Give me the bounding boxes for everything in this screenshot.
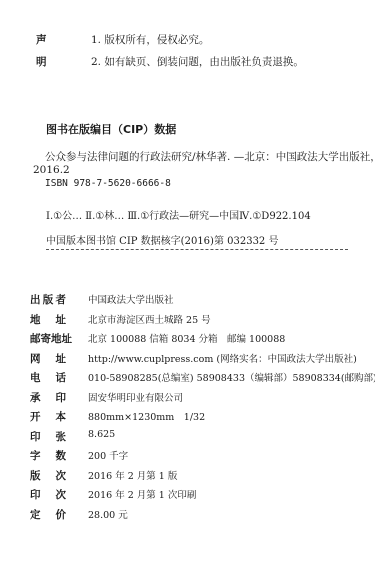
label-char: 网: [30, 351, 41, 366]
label-char: 电: [30, 370, 41, 385]
label-char: 字: [30, 448, 41, 463]
label-char: 址: [62, 331, 73, 346]
info-value: 200 千字: [88, 448, 128, 462]
info-label: 承印: [30, 390, 66, 405]
label-char: 版: [30, 468, 41, 483]
declaration-label: 声明: [36, 29, 92, 73]
info-value: http://www.cuplpress.com (网络实名：中国政法大学出版社…: [88, 351, 357, 365]
cip-check-number: 中国版本图书馆 CIP 数据核字(2016)第 032332 号: [46, 232, 278, 247]
label-char: 邮: [30, 331, 41, 346]
declaration-label-char: 明: [36, 56, 66, 68]
info-label: 邮寄地址: [30, 331, 66, 346]
cip-date-line: 2016.2: [33, 164, 353, 177]
info-label: 开本: [30, 409, 66, 424]
label-char: 次: [56, 468, 67, 483]
info-label: 定价: [30, 507, 66, 522]
label-char: 寄: [41, 331, 52, 346]
info-value: 固安华明印业有限公司: [88, 390, 183, 404]
info-label: 字数: [30, 448, 66, 463]
label-char: 承: [30, 390, 41, 405]
label-char: 次: [56, 487, 67, 502]
cip-classification: Ⅰ.①公… Ⅱ.①林… Ⅲ.①行政法—研究—中国Ⅳ.①D922.104: [46, 207, 311, 222]
label-char: 定: [30, 507, 41, 522]
info-value: 880mm×1230mm 1/32: [88, 409, 205, 423]
info-value: 北京市海淀区西土城路 25 号: [88, 312, 211, 326]
info-label: 印张: [30, 429, 66, 444]
label-char: 印: [30, 429, 41, 444]
info-label: 印次: [30, 487, 66, 502]
label-char: 价: [56, 507, 67, 522]
label-char: 数: [56, 448, 67, 463]
declaration-item: 1. 版权所有，侵权必究。: [91, 29, 304, 51]
declaration-items: 1. 版权所有，侵权必究。 2. 如有缺页、倒装问题，由出版社负责退换。: [91, 29, 304, 73]
label-char: 话: [56, 370, 67, 385]
label-char: 张: [56, 429, 67, 444]
cip-isbn: ISBN 978-7-5620-6666-8: [33, 177, 353, 190]
info-value: 28.00 元: [88, 507, 128, 521]
label-char: 地: [30, 312, 41, 327]
label-char: 本: [56, 409, 67, 424]
info-value: 8.625: [88, 429, 115, 440]
label-char: 印: [56, 390, 67, 405]
dashed-divider: [46, 249, 348, 250]
info-value: 中国政法大学出版社: [88, 292, 174, 306]
info-label: 网址: [30, 351, 66, 366]
info-value: 2016 年 2 月第 1 次印刷: [88, 487, 196, 501]
info-label: 电话: [30, 370, 66, 385]
info-value: 2016 年 2 月第 1 版: [88, 468, 177, 482]
label-char: 印: [30, 487, 41, 502]
info-label: 地址: [30, 312, 66, 327]
cip-title: 图书在版编目（CIP）数据: [46, 121, 176, 137]
info-value: 010-58908285(总编室) 58908433（编辑部）58908334(…: [88, 370, 375, 384]
label-char: 地: [51, 331, 62, 346]
info-value: 北京 100088 信箱 8034 分箱 邮编 100088: [88, 331, 285, 345]
declaration-item: 2. 如有缺页、倒装问题，由出版社负责退换。: [91, 51, 304, 73]
label-char: 开: [30, 409, 41, 424]
label-char: 出: [30, 292, 41, 307]
info-label: 出版者: [30, 292, 66, 307]
label-char: 者: [56, 292, 67, 307]
cip-record: 公众参与法律问题的行政法研究/林华著. —北京：中国政法大学出版社， 2016.…: [33, 151, 353, 190]
info-label: 版次: [30, 468, 66, 483]
label-char: 址: [56, 312, 67, 327]
cip-title-line: 公众参与法律问题的行政法研究/林华著. —北京：中国政法大学出版社，: [33, 151, 353, 164]
label-char: 址: [56, 351, 67, 366]
label-char: 版: [43, 292, 54, 307]
declaration-label-char: 声: [36, 34, 66, 46]
